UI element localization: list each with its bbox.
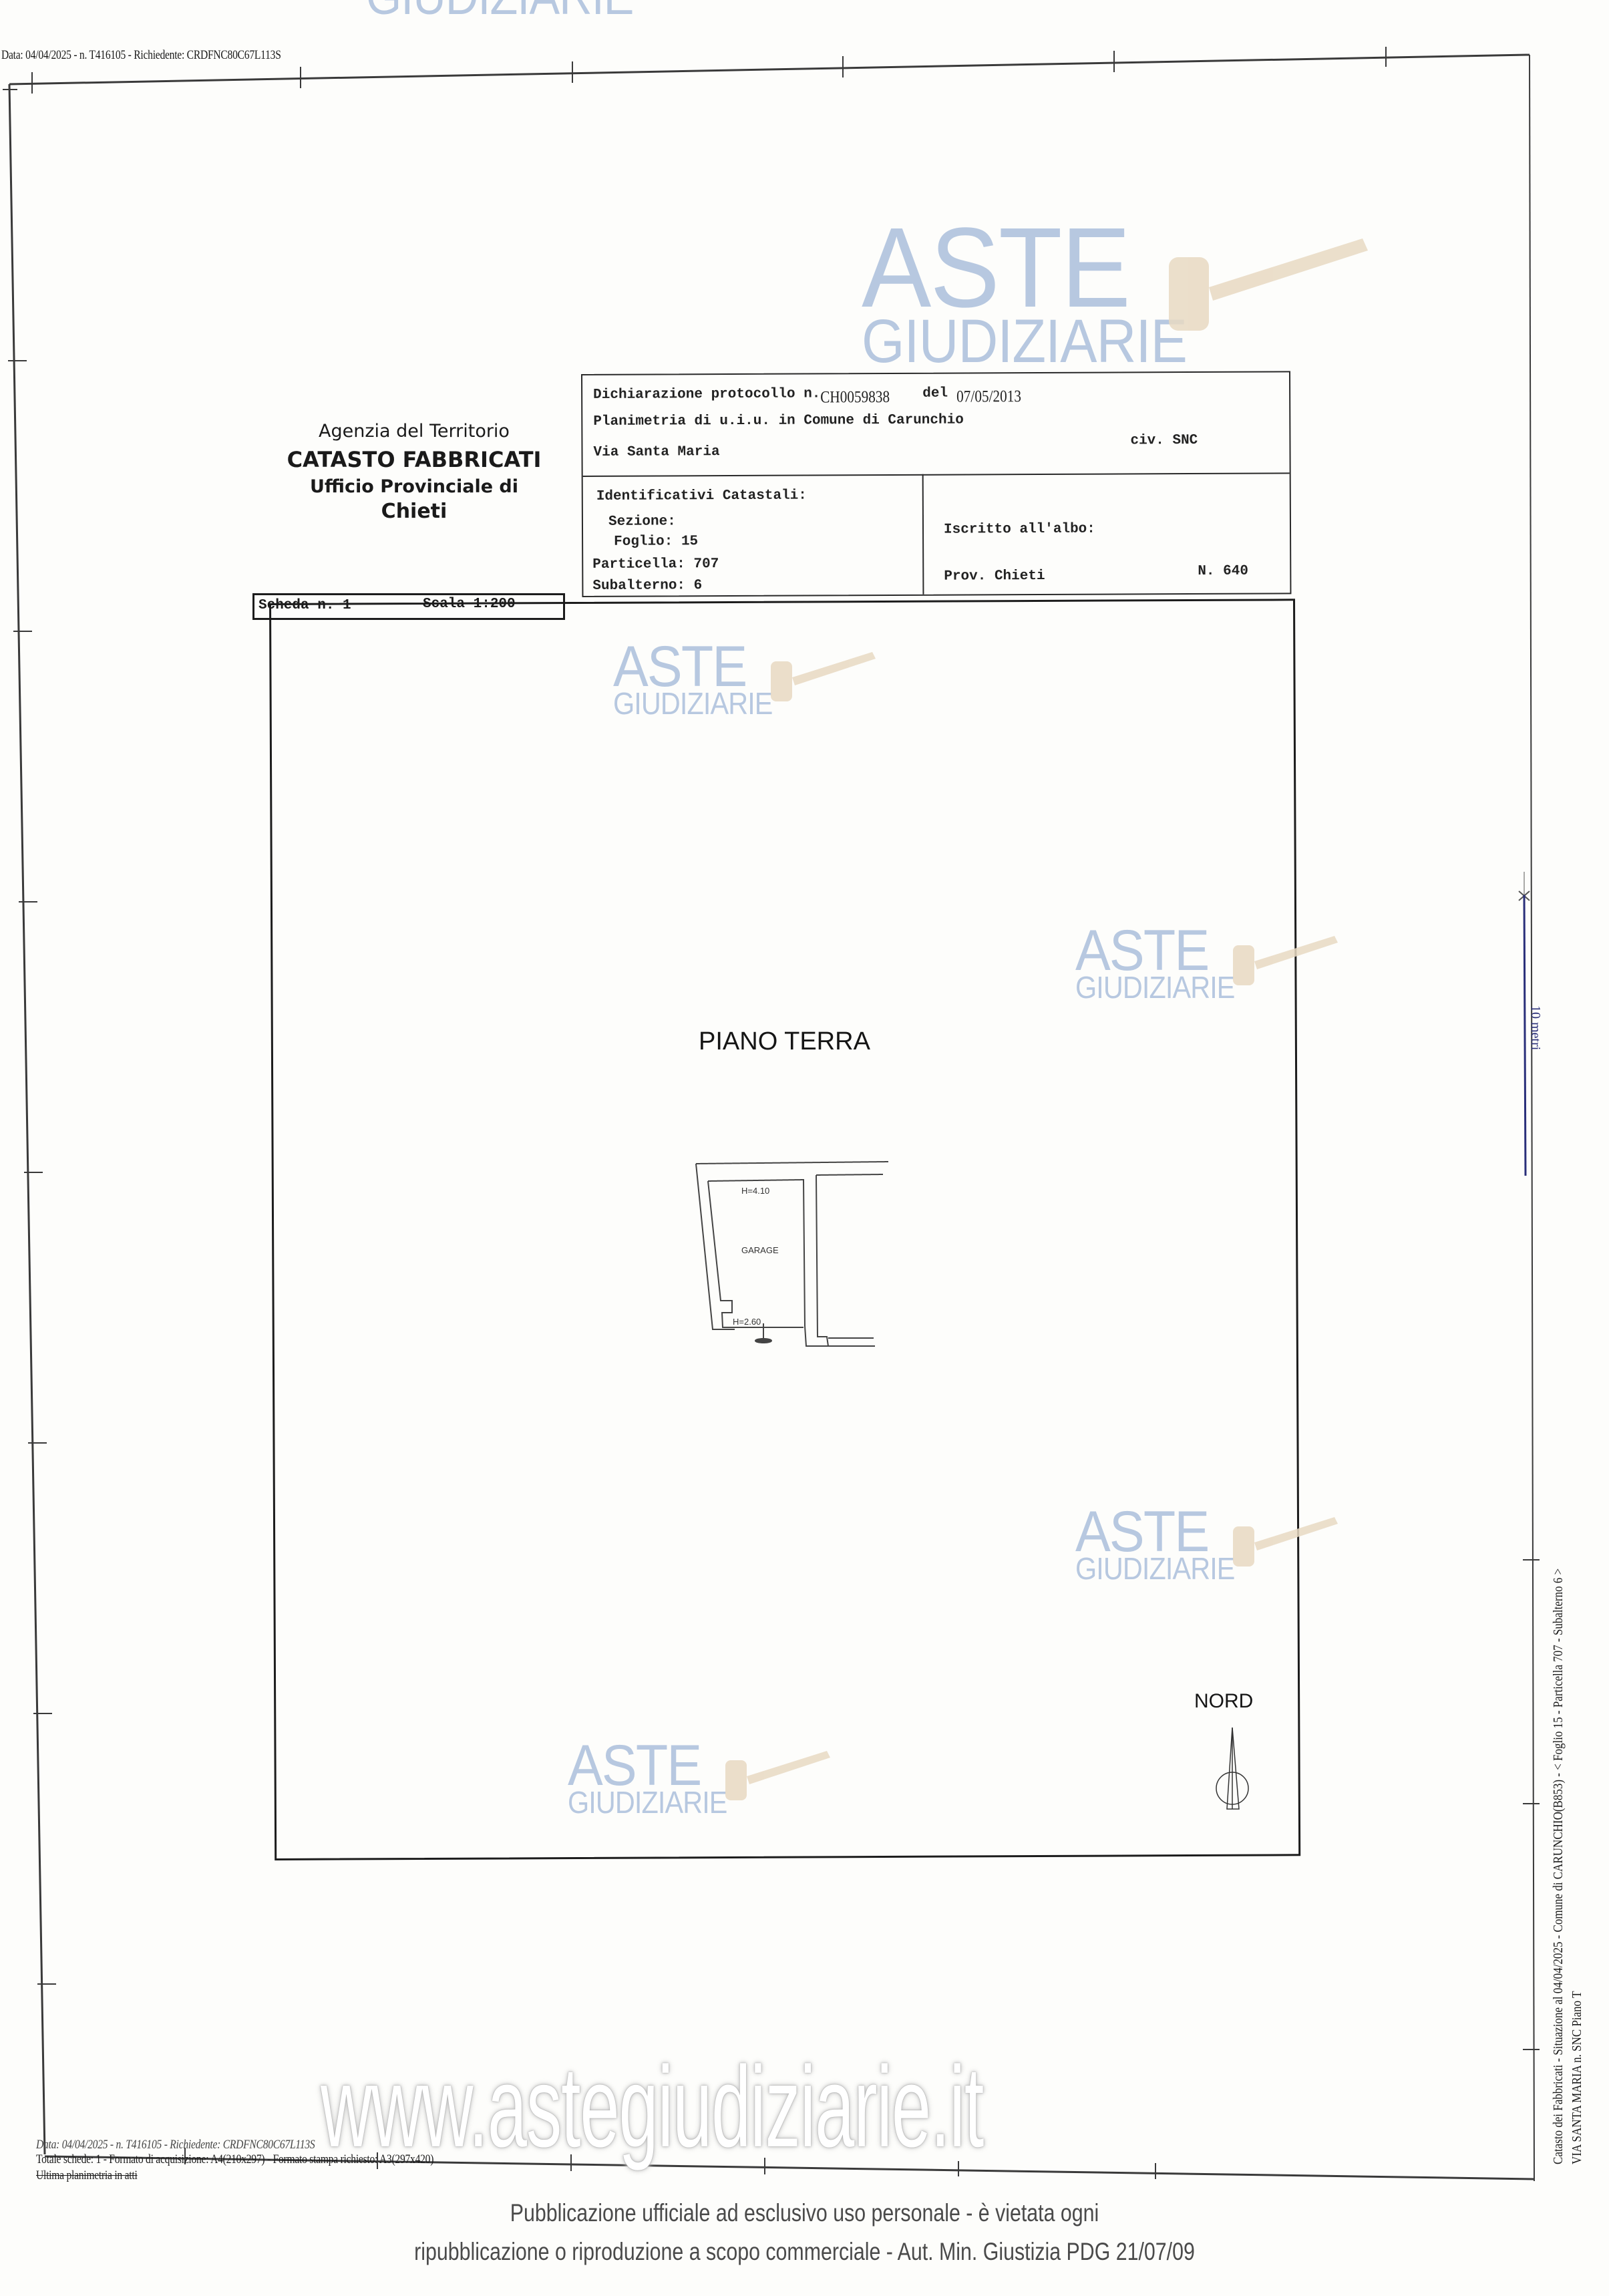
foglio-field: Foglio: 15 [614,534,698,550]
planimetry-line: Planimetria di u.i.u. in Comune di Carun… [593,413,964,430]
footer-line2: ripubblicazione o riproduzione a scopo c… [145,2238,1464,2266]
north-label: NORD [1194,1690,1253,1713]
sezione-field: Sezione: [608,514,676,529]
bottom-info-line3: Ultima planimetria in atti [36,2168,138,2183]
subalterno-field: Subalterno: 6 [592,578,702,594]
agency-catasto: CATASTO FABBRICATI [274,447,554,472]
identifiers-divider [922,474,924,595]
scale-bar-label: 10 metri [1528,1005,1543,1050]
footer-line1: Pubblicazione ufficiale ad esclusivo uso… [145,2199,1464,2227]
protocol-line: Dichiarazione protocollo n.CH0059838 del… [593,385,1033,408]
agency-block: Agenzia del Territorio CATASTO FABBRICAT… [274,421,554,523]
room-label-garage: GARAGE [741,1245,779,1255]
registration-province: Prov. Chieti [944,568,1045,585]
identifiers-title: Identificativi Catastali: [596,488,807,504]
side-text-line1: Catasto dei Fabbricati - Situazione al 0… [1551,1569,1566,2164]
bottom-info-line1: Data: 04/04/2025 - n. T416105 - Richiede… [36,2138,315,2152]
subalterno-value: 6 [694,578,703,593]
bottom-info-line2: Totale schede: 1 - Formato di acquisizio… [36,2152,433,2167]
particella-value: 707 [693,556,719,572]
agency-city: Chieti [274,500,554,523]
floor-title: PIANO TERRA [699,1027,870,1056]
particella-field: Particella: 707 [592,556,719,572]
declaration-date: 07/05/2013 [956,387,1021,406]
civic-number: civ. SNC [1130,433,1198,448]
height-bottom-label: H=2.60 [733,1317,761,1327]
protocol-number: CH0059838 [820,388,890,407]
declaration-box: Dichiarazione protocollo n.CH0059838 del… [581,371,1291,597]
del-label: del [922,386,948,401]
declaration-divider [583,472,1290,477]
street-line: Via Santa Maria [593,444,719,460]
garage-floor-plan: H=4.10 GARAGE H=2.60 [688,1152,902,1353]
registration-number: N. 640 [1198,564,1248,579]
north-arrow-icon [1209,1724,1249,1817]
foglio-value: 15 [681,534,698,549]
side-text-line2: VIA SANTA MARIA n. SNC Piano T [1570,1991,1585,2164]
sezione-label: Sezione: [608,514,676,529]
protocol-label: Dichiarazione protocollo n. [593,386,820,402]
registration-label: Iscritto all'albo: [944,522,1095,538]
subalterno-label: Subalterno: [592,578,685,594]
agency-name: Agenzia del Territorio [274,421,554,442]
height-top-label: H=4.10 [741,1186,769,1196]
foglio-label: Foglio: [614,534,673,549]
particella-label: Particella: [592,556,685,572]
agency-office: Ufficio Provinciale di [274,476,554,497]
